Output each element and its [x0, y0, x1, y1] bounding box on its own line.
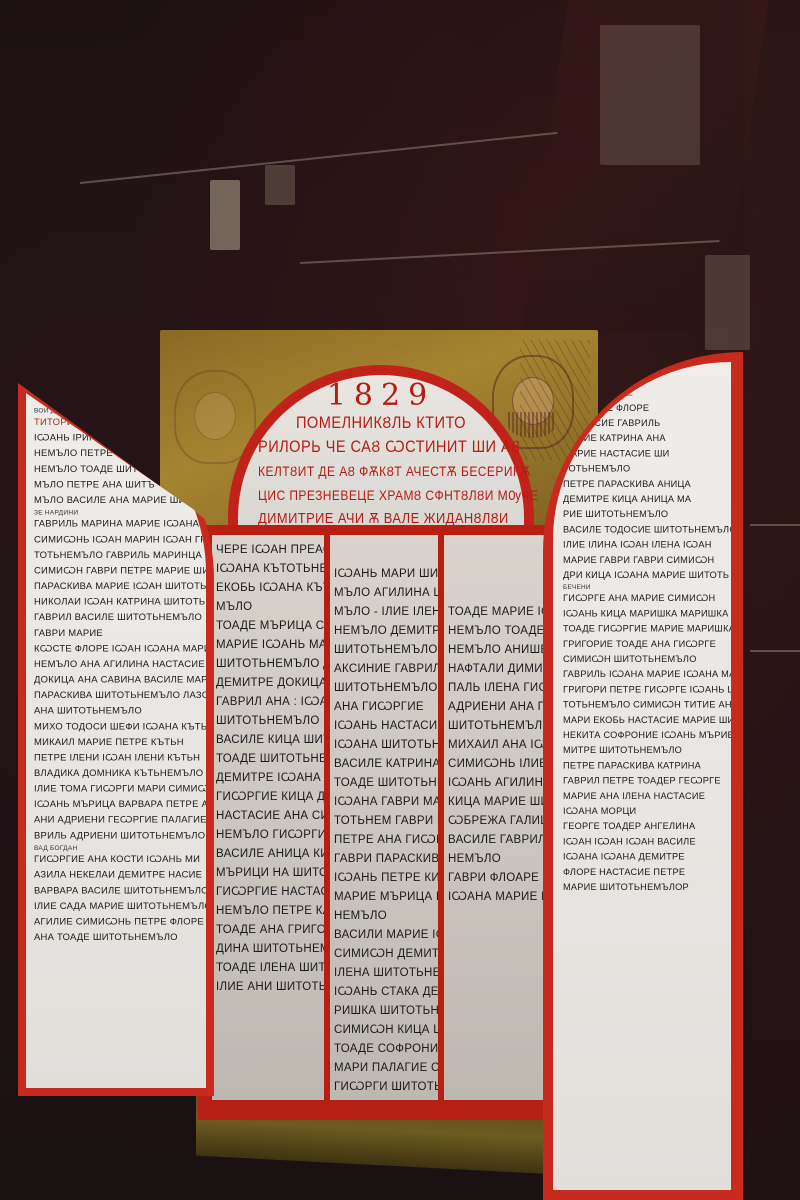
- name-entry: МЪЛО АГИЛИНА ШИТОТЬ: [334, 584, 438, 603]
- title-arch: 1829 ПОМЕЛНИКȢЛЬ КТИТО РИЛОРЬ ЧЕ САȢ ѠСТ…: [228, 365, 534, 535]
- name-entry: ІѠАНЬ НАСТАСИЕ ІЛИЕ: [334, 717, 438, 736]
- name-entry: СИМИѠНЬ ІЛИЕ ДЕМИ: [448, 755, 552, 774]
- name-entry: ІЛЕНА ШИТОТЬНЕМЪЛО: [334, 964, 438, 983]
- name-entry: ТОАДЕ ГИѠРГИЕ МАРИЕ МАРИШКА: [563, 622, 731, 637]
- name-entry: ГАВРИ ФЛОАРЕ ПАЛЬ Д: [448, 869, 552, 888]
- name-entry: АНА ГИѠРГИЕ: [334, 698, 438, 717]
- name-entry: ІЛИЕ ТОМА ГИѠРГИ МАРИ СИМИѠН ДОКИЦ: [34, 782, 206, 798]
- name-entry: ІЛИЕ САДА МАРИЕ ШИТОТЬНЕМЪЛО: [34, 899, 206, 915]
- name-entry: ТОАДЕ ШИТОТЬНЕМЪЛО: [216, 750, 324, 769]
- name-entry: ІѠАНЬ АГИЛИНА ІЛ: [448, 774, 552, 793]
- center-column-2: ІѠАНЬ МАРИ ШИТОТЬНЕМЪЛО АГИЛИНА ШИТОТЬМЪ…: [330, 535, 438, 1100]
- name-entry: МЪРИЦИ НА ШИТОТЬНЕ: [216, 864, 324, 883]
- name-entry: ГИѠРГИ ШИТОТЬНЕМЪЛО: [334, 1078, 438, 1097]
- name-entry: МАРИЕ НАСТАСИЕ ШИ: [563, 447, 731, 462]
- name-entry: ВАРВАРА ВАСИЛЕ ШИТОТЬНЕМЪЛО: [34, 883, 206, 899]
- name-entry: ІѠАНА ІѠАНА ДЕМИТРЕ: [563, 850, 731, 865]
- center-column-1: ЧЕРЕ ІѠАН ПРЕАСТЕРІѠАНА КЪТОТЬНЕМЪЛОЕКОБ…: [212, 535, 324, 1100]
- name-entry: ШИТОТЬНЕМЪЛО ВАСИЛЕ: [334, 641, 438, 660]
- name-entry: СИМИѠНЬ ІѠАН МАРИН ІѠАН ГРИГОРИЕ ШИ: [34, 532, 206, 548]
- name-entry: ГРИГОРИ ПЕТРЕ ГИѠРГЕ ІѠАНЬ ШИ: [563, 683, 731, 698]
- name-entry: СИМИѠН ДЕМИТРЕ ФЛОРЕ: [334, 945, 438, 964]
- center-panel-frame: ЧЕРЕ ІѠАН ПРЕАСТЕРІѠАНА КЪТОТЬНЕМЪЛОЕКОБ…: [198, 525, 560, 1120]
- name-entry: ПЕТРЕ ПАРАСКИВА АНИЦА: [563, 477, 731, 492]
- name-entry: НАСТАСИЕ ГАВРИЛЬ: [563, 416, 731, 431]
- name-entry: МИКАИЛ МАРИЕ ПЕТРЕ КЪТЬН: [34, 735, 206, 751]
- name-entry: ШИТОТЬНЕМЪЛО: [334, 679, 438, 698]
- name-entry: КИЦА МАРИЕ ШИТОТ: [448, 793, 552, 812]
- name-entry: ІѠАНЬ ПЕТРЕ КИЦА АКАЦ: [334, 869, 438, 888]
- right-wing-panel: МОРЦИ ѠБРЕГРИГОРИЕ ФЛОРЕНАСТАСИЕ ГАВРИЛЬ…: [553, 362, 731, 1190]
- name-entry: ТОАДЕ МАРИЕ ІѠАН КЪ: [448, 603, 552, 622]
- name-entry: КѠСТЕ ФЛОРЕ ІѠАН ІѠАНА МАРИЕ ШИТ: [34, 642, 206, 658]
- name-entry: ФЛОРЕ НАСТАСИЕ ПЕТРЕ: [563, 865, 731, 880]
- name-entry: МЪЛО - ІЛИЕ ІЛЕНА ШИТОТ: [334, 603, 438, 622]
- name-entry: ІѠАН ІѠАН ІѠАН ВАСИЛЕ: [563, 835, 731, 850]
- name-entry: ВАД БОГДАН: [34, 844, 206, 852]
- name-entry: ГИѠРГЕ АНА МАРИЕ СИМИѠН: [563, 592, 731, 607]
- name-entry: ЧЕРЕ ІѠАН ПРЕАСТЕР: [216, 541, 324, 560]
- name-entry: ШИТОТЬНЕМЪЛО ІѠАН ТИМИ: [216, 712, 324, 731]
- name-entry: ГАВРИЛЬ МАРИНА МАРИЕ ІѠАНА: [34, 517, 206, 533]
- arch-year: 1829: [238, 381, 524, 411]
- name-entry: БЕЧЕНИ: [563, 584, 731, 592]
- name-entry: ВАСИЛЕ ГАВРИЛЬ ШИТ: [448, 831, 552, 850]
- name-list: ТОАДЕ МАРИЕ ІѠАН КЪНЕМЪЛО ТОАДЕ АНА КЪНЕ…: [448, 603, 552, 907]
- paint-flake: [705, 255, 750, 350]
- name-entry: МОРЦИ ѠБРЕ: [563, 386, 731, 401]
- name-entry: ѠБРЕЖА ГАЛИЦА ТОА: [448, 812, 552, 831]
- name-entry: ТОТЬНЕМЪЛО ГАВРИЛЬ МАРИНЦА ШИТОТ: [34, 548, 206, 564]
- name-entry: ІѠАНА МАРИЕ ШИТ: [448, 888, 552, 907]
- name-entry: АНА ШИТОТЬНЕМЪЛО: [34, 704, 206, 720]
- name-entry: АЗИЛА НЕКЕЛАИ ДЕМИТРЕ НАСИЕ: [34, 868, 206, 884]
- name-entry: РИЕ ШИТОТЬНЕМЪЛО: [563, 508, 731, 523]
- name-entry: НЕМЪЛО АНА АГИЛИНА НАСТАСИЕ ГАВ: [34, 657, 206, 673]
- name-entry: ГАВРИ МАРИЕ: [34, 626, 206, 642]
- plank-crack: [750, 650, 800, 652]
- name-entry: ШИТОТЬНЕМЪЛО: [448, 717, 552, 736]
- name-entry: ТОАДЕ ШИТОТЬНЕМЪЛО: [334, 774, 438, 793]
- name-entry: ГАВРИ ПАРАСКИВА ІѠАН: [334, 850, 438, 869]
- name-entry: ДЕМИТРЕ КИЦА АНИЦА МА: [563, 492, 731, 507]
- name-entry: ПЕТРЕ АНА ГИѠРГИЕ: [334, 831, 438, 850]
- paint-flake: [600, 25, 700, 165]
- name-list: ЧЕРЕ ІѠАН ПРЕАСТЕРІѠАНА КЪТОТЬНЕМЪЛОЕКОБ…: [216, 541, 324, 997]
- name-entry: ГИѠРГИЕ АНА КОСТИ ІѠАНЬ МИ: [34, 852, 206, 868]
- name-entry: МИХО ТОДОСИ ШЕФИ ІѠАНА КЪТЬНЕМЪЛО: [34, 719, 206, 735]
- name-entry: ТОТЬНЕМ ГАВРИ ІѠАНА: [334, 812, 438, 831]
- center-column-3: ТОАДЕ МАРИЕ ІѠАН КЪНЕМЪЛО ТОАДЕ АНА КЪНЕ…: [444, 535, 552, 1100]
- name-entry: НАФТАЛИ ДИМИТРИЕ: [448, 660, 552, 679]
- name-entry: АКСИНИЕ ГАВРИЛЬ АНА: [334, 660, 438, 679]
- name-entry: НЕМЪЛО: [334, 907, 438, 926]
- name-entry: ІЛИЕ ІЛИНА ІѠАН ІЛЕНА ІѠАН: [563, 538, 731, 553]
- name-entry: ТОТЬНЕМЪЛО СИМИѠН ТИТИЕ АНА АНА: [563, 698, 731, 713]
- name-entry: ІѠАНА ГАВРИ МАРИЕ ШИ: [334, 793, 438, 812]
- name-entry: НЕМЪЛО ДЕМИТРЕ МАРИЕ: [334, 622, 438, 641]
- name-entry: ІѠАНЬ СТАКА ДЕМИТРЕ МА: [334, 983, 438, 1002]
- name-entry: ГИѠРГИЕ НАСТАСИЕ КЪТ: [216, 883, 324, 902]
- name-entry: ДЕМИТРЕ ІѠАНА ІѠАНЬ ЛЕ: [216, 769, 324, 788]
- name-entry: НЕМЪЛО АНИШЕ АГРИПИНА: [448, 641, 552, 660]
- name-entry: ІѠАНЬ МЪРИЦА ВАРВАРА ПЕТРЕ АДРИ: [34, 797, 206, 813]
- name-entry: ГАВРИЛ АНА : ІѠАНЬ ІЛИ: [216, 693, 324, 712]
- name-entry: МЪЛО: [216, 598, 324, 617]
- plank-crack: [750, 524, 800, 526]
- name-entry: НЕМЪЛО: [448, 850, 552, 869]
- name-entry: МАРИЕ МЪРИЦА ШИТОТЬ: [334, 888, 438, 907]
- name-entry: ВРИЛЬ АДРИЕНИ ШИТОТЬНЕМЪЛО: [34, 828, 206, 844]
- name-entry: ІЛИЕ АНИ ШИТОТЬНЕМЪЛО: [216, 978, 324, 997]
- name-entry: ІѠАНЬ МАРИ ШИТОТЬНЕ: [334, 565, 438, 584]
- name-entry: ІѠАНА МОРЦИ: [563, 804, 731, 819]
- name-entry: ВАСИЛЕ АНИЦА КИЦА: [216, 845, 324, 864]
- name-entry: РИШКА ШИТОТЬНЕМЪЛО: [334, 1002, 438, 1021]
- arch-line: КЕЛТȢИТ ДЕ АȢ ФѪКȢТ АЧЕСТѪ БЕСЕРИКѪ: [258, 459, 504, 483]
- name-entry: ГАВРИЛ ПЕТРЕ ТОАДЕР ГЕѠРГЕ: [563, 774, 731, 789]
- name-entry: МАРИЕ ШИТОТЬНЕМЪЛОР: [563, 880, 731, 895]
- name-entry: МАРИЕ АНА ІЛЕНА НАСТАСИЕ: [563, 789, 731, 804]
- name-entry: НЕМЪЛО ГИѠРГИЕ ІѠАН: [216, 826, 324, 845]
- name-entry: ГИѠРГИЕ КИЦА ДЕМИТРЕ МАРИЕ: [216, 788, 324, 807]
- name-entry: АНА ТОАДЕ ШИТОТЬНЕМЪЛО: [34, 930, 206, 946]
- name-entry: СИМИѠН КИЦА ШИТОТЬ: [334, 1021, 438, 1040]
- name-entry: ІѠАНА КЪТОТЬНЕМЪЛО: [216, 560, 324, 579]
- name-entry: ТОАДЕ ІЛЕНА ШИТОТЬНЕ: [216, 959, 324, 978]
- name-entry: ГАВРИЛ ВАСИЛЕ ШИТОТЬНЕМЪЛО: [34, 610, 206, 626]
- arch-line: ЦИС ПРЕЗНЕВЕЦЕ ХРАМȢ СФНТȢЛȢИ МѸЧЕ: [258, 483, 504, 507]
- name-entry: НАСТАСИЕ АНА СИМИѠН ШИТ: [216, 807, 324, 826]
- name-entry: ВАСИЛЕ ТОДОСИЕ ШИТОТЬНЕМЪЛО: [563, 523, 731, 538]
- name-entry: ВАСИЛИ МАРИЕ ІѠАНЬ: [334, 926, 438, 945]
- name-entry: АНИ АДРИЕНИ ГЕѠРГИЕ ПАЛАГИЕ ГА: [34, 813, 206, 829]
- name-entry: ЗЕ НАРДИНИ: [34, 509, 206, 517]
- name-entry: МАРИЕ ІѠАНЬ МАРИЕ ІЛИЕ: [216, 636, 324, 655]
- name-entry: МАРИ ПАЛАГИЕ САДА АНА: [334, 1059, 438, 1078]
- arch-line: ПОМЕЛНИКȢЛЬ КТИТО: [258, 411, 504, 435]
- name-entry: ДЕМИТРЕ ДОКИЦА МИХАИЛ: [216, 674, 324, 693]
- paint-flake: [265, 165, 295, 205]
- name-entry: МАРИЕ ГАВРИ ГАВРИ СИМИѠН: [563, 553, 731, 568]
- name-entry: ВЛАДИКА ДОМНИКА КЪТЬНЕМЪЛО: [34, 766, 206, 782]
- arch-line: РИЛОРЬ ЧЕ САȢ ѠСТИНИТ ШИ АȢ: [258, 435, 504, 459]
- name-entry: ЕКОБЬ ІѠАНА КЪТОТЬНЕ: [216, 579, 324, 598]
- name-entry: МАРИЕ КАТРИНА АНА: [563, 432, 731, 447]
- name-entry: ПАРАСКИВА МАРИЕ ІѠАН ШИТОТЬНЕМЪЛО: [34, 579, 206, 595]
- name-entry: АГИЛИЕ СИМИѠНЬ ПЕТРЕ ФЛОРЕ: [34, 915, 206, 931]
- paint-flake: [210, 180, 240, 250]
- name-list: МОРЦИ ѠБРЕГРИГОРИЕ ФЛОРЕНАСТАСИЕ ГАВРИЛЬ…: [563, 386, 731, 896]
- name-entry: ГРИГОРИЕ ТОАДЕ АНА ГИѠРГЕ: [563, 637, 731, 652]
- name-entry: ГЕОРГЕ ТОАДЕР АНГЕЛИНА: [563, 820, 731, 835]
- name-entry: ГАВРИЛЬ ІѠАНА МАРИЕ ІѠАНА МАРИЕ: [563, 668, 731, 683]
- name-entry: НЕКИТА СОФРОНИЕ ІѠАНЬ МЪРИЕ ДА: [563, 728, 731, 743]
- name-entry: ПАРАСКИВА ШИТОТЬНЕМЪЛО ЛАЗОРЬ: [34, 688, 206, 704]
- name-entry: ТОТЬНЕМЪЛО: [563, 462, 731, 477]
- name-entry: ТОАДЕ МЪРИЦА САЛВЕ: [216, 617, 324, 636]
- name-entry: ПЕТРЕ ПАРАСКИВА КАТРИНА: [563, 759, 731, 774]
- name-list: ІѠАНЬ МАРИ ШИТОТЬНЕМЪЛО АГИЛИНА ШИТОТЬМЪ…: [334, 565, 438, 1097]
- plank-crack: [80, 132, 558, 184]
- name-entry: ТОАДЕ АНА ГРИГОРИЕ: [216, 921, 324, 940]
- name-entry: ПЕТРЕ ІЛЕНИ ІѠАН ІЛЕНИ КЪТЬН: [34, 751, 206, 767]
- title-arch-panel: 1829 ПОМЕЛНИКȢЛЬ КТИТО РИЛОРЬ ЧЕ САȢ ѠСТ…: [238, 375, 524, 535]
- name-entry: МАРИ ЕКОБЬ НАСТАСИЕ МАРИЕ ШИТЬНЕ: [563, 713, 731, 728]
- name-entry: ВАСИЛЕ КАТРИНА ШИТОТЬ: [334, 755, 438, 774]
- name-entry: ДРИ КИЦА ІѠАНА МАРИЕ ШИТОТЬ: [563, 568, 731, 583]
- name-entry: ДИНА ШИТОТЬНЕМЪЛО: [216, 940, 324, 959]
- name-entry: ІѠАНЬ КИЦА МАРИШКА МАРИШКА: [563, 607, 731, 622]
- name-entry: НЕМЪЛО ТОАДЕ АНА КЪ: [448, 622, 552, 641]
- name-entry: АДРИЕНИ АНА ПАЛЬ ІЛ: [448, 698, 552, 717]
- wooden-beam: [745, 0, 800, 1200]
- name-entry: ДОКИЦА АНА САВИНА ВАСИЛЕ МАРИЕ: [34, 673, 206, 689]
- name-entry: ІѠАНА ШИТОТЬНЕМЪЛО: [334, 736, 438, 755]
- name-entry: ТОАДЕ СОФРОНИЕ ІѠАН: [334, 1040, 438, 1059]
- name-entry: ВАСИЛЕ КИЦА ШИТОТЬНЕМЪЛО: [216, 731, 324, 750]
- name-entry: ГРИГОРИЕ ФЛОРЕ: [563, 401, 731, 416]
- name-entry: НЕМЪЛО ПЕТРЕ КАТРИН: [216, 902, 324, 921]
- name-entry: ШИТОТЬНЕМЪЛО ДОКИЦА: [216, 655, 324, 674]
- name-entry: СИМИѠН ШИТОТЬНЕМЪЛО: [563, 652, 731, 667]
- name-entry: НИКОЛАИ ІѠАН КАТРИНА ШИТОТЬНЕМЪЛО МАРИЕ: [34, 595, 206, 611]
- name-entry: ПАЛЬ ІЛЕНА ГИѠРГЕ: [448, 679, 552, 698]
- name-entry: МИХАИЛ АНА ІѠАН ГЕ: [448, 736, 552, 755]
- name-entry: СИМИѠН ГАВРИ ПЕТРЕ МАРИЕ ШИТОТЬНЕМЪЛО: [34, 564, 206, 580]
- name-entry: МИТРЕ ШИТОТЬНЕМЪЛО: [563, 744, 731, 759]
